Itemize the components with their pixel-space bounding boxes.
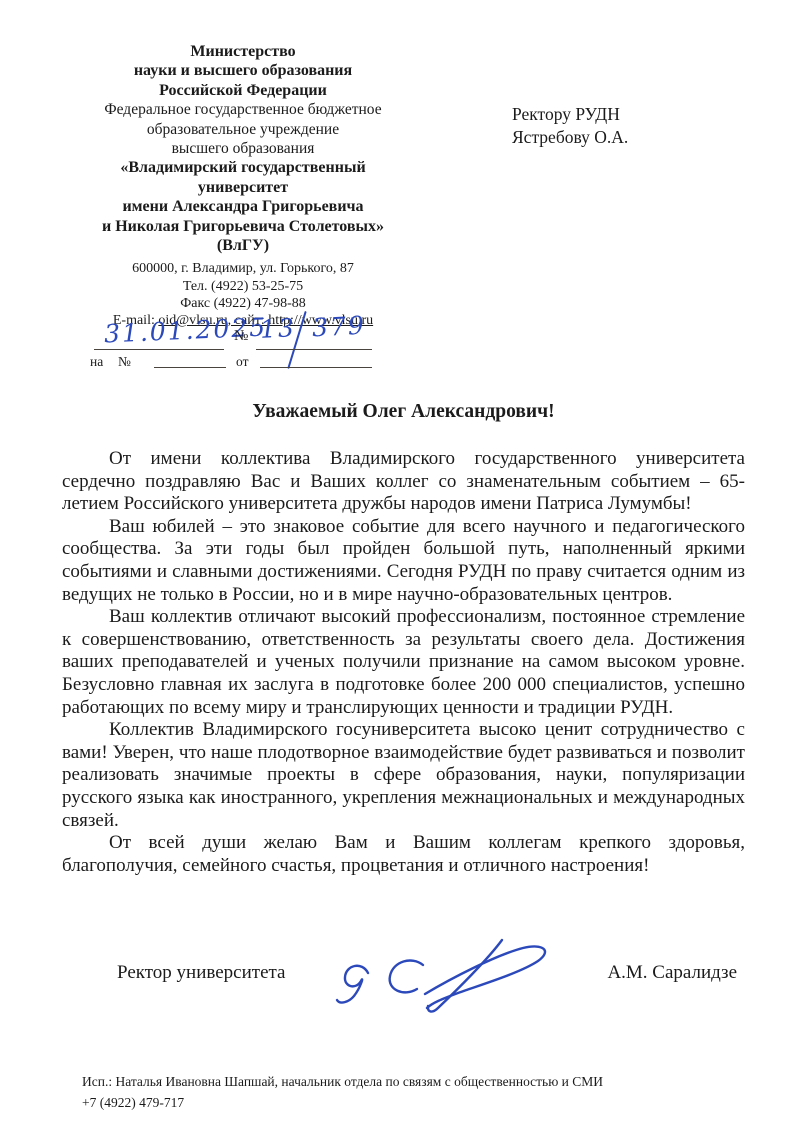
reply-number-underline bbox=[154, 367, 226, 368]
university-name-line: университет bbox=[60, 178, 426, 197]
signature-scribble bbox=[330, 931, 558, 1015]
handwritten-number-left: 13 bbox=[259, 313, 296, 344]
university-name-line: имени Александра Григорьевича bbox=[60, 197, 426, 216]
body-paragraph: От имени коллектива Владимирского госуда… bbox=[62, 448, 745, 516]
ministry-line: науки и высшего образования bbox=[60, 61, 426, 80]
signature-row: Ректор университета А.М. Саралидзе bbox=[55, 930, 745, 1016]
signer-name: А.М. Саралидзе bbox=[607, 962, 737, 984]
body-paragraph: Ваш юбилей – это знаковое событие для вс… bbox=[62, 516, 745, 606]
salutation: Уважаемый Олег Александрович! bbox=[62, 401, 745, 423]
reply-date-label: от bbox=[236, 354, 248, 370]
signer-position: Ректор университета bbox=[117, 962, 285, 984]
executor-line: Исп.: Наталья Ивановна Шапшай, начальник… bbox=[82, 1072, 740, 1093]
ministry-line: Российской Федерации bbox=[60, 81, 426, 100]
body-paragraph: От всей души желаю Вам и Вашим коллегам … bbox=[62, 832, 745, 877]
reference-block: 31.01.2025 № 13 379 на № от bbox=[88, 316, 398, 380]
org-type-line: образовательное учреждение bbox=[60, 120, 426, 139]
university-name-line: «Владимирский государственный bbox=[60, 158, 426, 177]
number-sign: № bbox=[234, 328, 248, 345]
executor-footer: Исп.: Наталья Ивановна Шапшай, начальник… bbox=[82, 1072, 740, 1113]
university-name-line: и Николая Григорьевича Столетовых» bbox=[60, 217, 426, 236]
date-underline bbox=[94, 349, 224, 350]
body-paragraph: Ваш коллектив отличают высокий профессио… bbox=[62, 606, 745, 719]
letter-body: Уважаемый Олег Александрович! От имени к… bbox=[62, 401, 745, 877]
addressee-name: Ястребову О.А. bbox=[512, 126, 628, 149]
reply-date-underline bbox=[260, 367, 372, 368]
number-underline bbox=[256, 349, 372, 350]
letterhead: Министерство науки и высшего образования… bbox=[60, 42, 426, 329]
fax-line: Факс (4922) 47-98-88 bbox=[60, 295, 426, 312]
reply-to-number-sign: № bbox=[118, 354, 131, 370]
org-type-line: высшего образования bbox=[60, 139, 426, 158]
executor-phone: +7 (4922) 479-717 bbox=[82, 1093, 740, 1114]
org-type-line: Федеральное государственное бюджетное bbox=[60, 100, 426, 119]
body-paragraph: Коллектив Владимирского госуниверситета … bbox=[62, 719, 745, 832]
phone-line: Тел. (4922) 53-25-75 bbox=[60, 278, 426, 295]
handwritten-number-right: 379 bbox=[311, 311, 366, 343]
postal-address: 600000, г. Владимир, ул. Горького, 87 bbox=[60, 260, 426, 277]
addressee-title: Ректору РУДН bbox=[512, 103, 628, 126]
addressee-block: Ректору РУДН Ястребову О.А. bbox=[512, 103, 628, 149]
university-abbr: (ВлГУ) bbox=[60, 236, 426, 255]
scanned-letter-page: Министерство науки и высшего образования… bbox=[0, 0, 800, 1147]
reply-to-label: на bbox=[90, 354, 103, 370]
ministry-line: Министерство bbox=[60, 42, 426, 61]
